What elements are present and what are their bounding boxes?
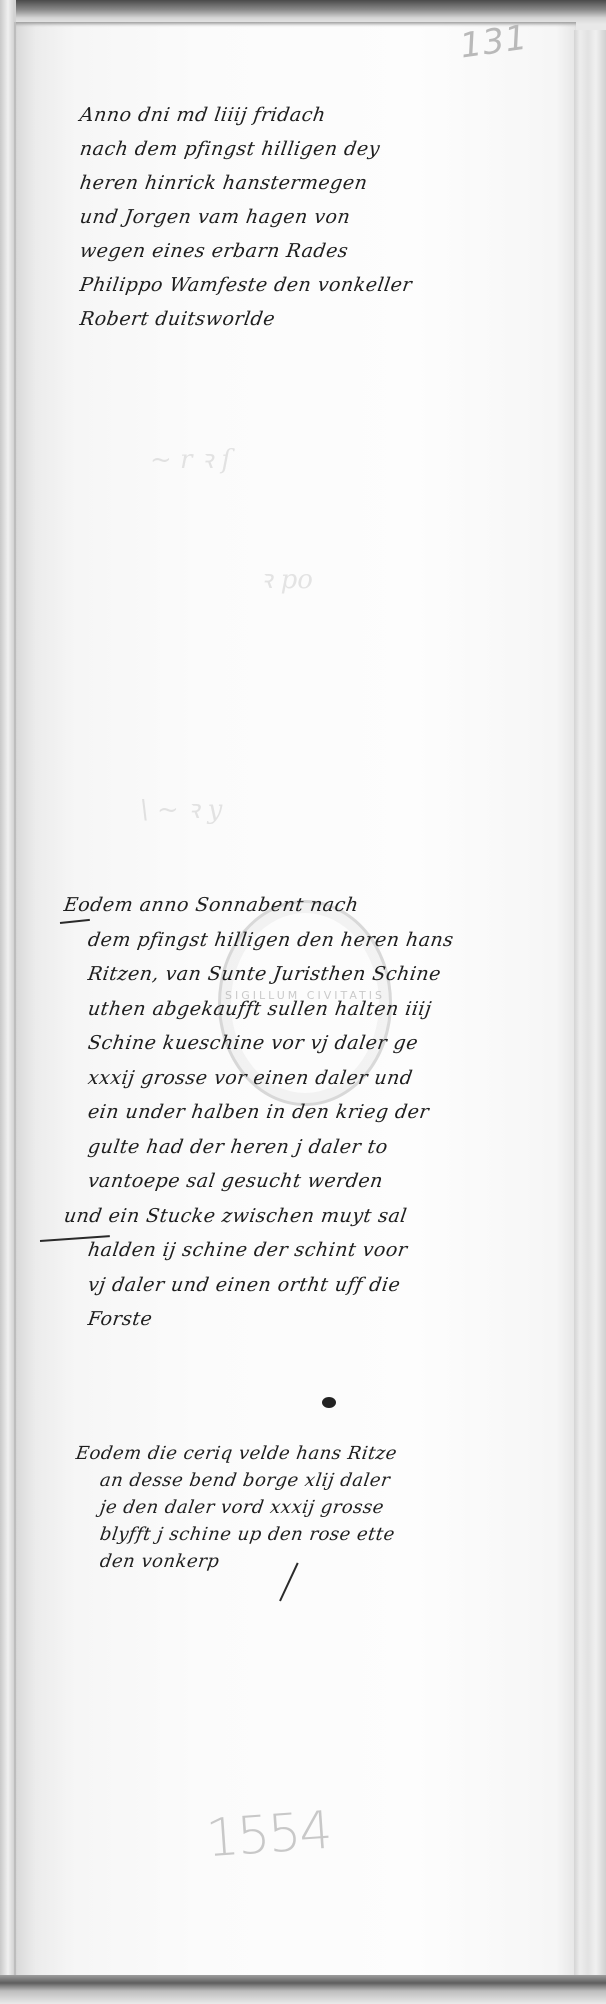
show-through-text: ~ r ꝛ ſ [150, 440, 231, 476]
manuscript-line: dem pfingst hilligen den heren hans [62, 923, 456, 958]
manuscript-line: uthen abgekaufft sullen halten iiij [62, 992, 456, 1027]
manuscript-line: Eodem die ceriq velde hans Ritze [74, 1440, 399, 1467]
manuscript-entry-3: Eodem die ceriq velde hans Ritze an dess… [76, 1440, 397, 1575]
manuscript-line: den vonkerp [74, 1548, 399, 1575]
manuscript-line: heren hinrick hanstermegen [78, 166, 415, 200]
page-edge-bottom [0, 1975, 606, 2004]
show-through-text: ꝛ po [260, 560, 313, 596]
manuscript-line: je den daler vord xxxij grosse [74, 1494, 399, 1521]
manuscript-entry-1: Anno dni md liiij fridach nach dem pfing… [80, 98, 412, 336]
manuscript-line: vj daler und einen ortht uff die [62, 1268, 456, 1303]
manuscript-line: und Jorgen vam hagen von [78, 200, 415, 234]
manuscript-line: ein under halben in den krieg der [62, 1095, 456, 1130]
pencil-year-annotation: 1554 [204, 1801, 332, 1870]
manuscript-line: Schine kueschine vor vj daler ge [62, 1026, 456, 1061]
manuscript-line: vantoepe sal gesucht werden [62, 1164, 456, 1199]
manuscript-line: blyfft j schine up den rose ette [74, 1521, 399, 1548]
ink-dot [322, 1397, 336, 1408]
manuscript-line: Anno dni md liiij fridach [78, 98, 415, 132]
manuscript-line: Ritzen, van Sunte Juristhen Schine [62, 957, 456, 992]
manuscript-line: Forste [62, 1302, 456, 1337]
manuscript-line: wegen eines erbarn Rades [78, 234, 415, 268]
manuscript-line: und ein Stucke zwischen muyt sal [62, 1199, 456, 1234]
manuscript-line: Robert duitsworlde [78, 302, 415, 336]
manuscript-line: xxxij grosse vor einen daler und [62, 1061, 456, 1096]
manuscript-line: nach dem pfingst hilligen dey [78, 132, 415, 166]
manuscript-line: an desse bend borge xlij daler [74, 1467, 399, 1494]
manuscript-entry-2: Eodem anno Sonnabent nach dem pfingst hi… [64, 888, 454, 1337]
manuscript-line: halden ij schine der schint voor [62, 1233, 456, 1268]
manuscript-line: gulte had der heren j daler to [62, 1130, 456, 1165]
show-through-text: \ ~ ꝛ y [140, 790, 222, 826]
manuscript-line: Eodem anno Sonnabent nach [62, 888, 456, 923]
page-edge-right [574, 30, 606, 1980]
manuscript-line: Philippo Wamfeste den vonkeller [78, 268, 415, 302]
